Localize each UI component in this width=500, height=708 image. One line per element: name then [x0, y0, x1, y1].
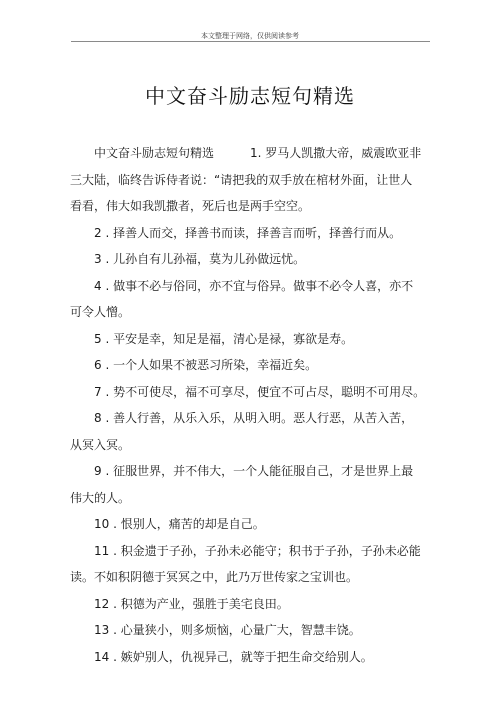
- text-line: 三大陆，临终告诉侍者说：“请把我的双手放在棺材外面，让世人: [70, 167, 400, 194]
- text-line: 可令人憎。: [70, 299, 400, 326]
- header-divider: [71, 41, 430, 42]
- text-line: 7 . 势不可使尽，福不可享尽，便宜不可占尽，聪明不可用尽。: [70, 379, 400, 406]
- text-line: 9 . 征服世界，并不伟大，一个人能征服自己，才是世界上最: [70, 458, 400, 485]
- text-line: 从冥入冥。: [70, 432, 400, 459]
- text-line: 14 . 嫉妒别人，仇视异己，就等于把生命交给别人。: [70, 644, 400, 671]
- text-line: 13 . 心量狭小，则多烦恼，心量广大，智慧丰饶。: [70, 617, 400, 644]
- page-header-note: 本文整理于网络，仅供阅读参考: [0, 31, 500, 41]
- text-line: 8 . 善人行善，从乐入乐，从明入明。恶人行恶，从苦入苦，: [70, 405, 400, 432]
- text-line: 12 . 积德为产业，强胜于美宅良田。: [70, 591, 400, 618]
- text-line: 看看，伟大如我凯撒者，死后也是两手空空。: [70, 193, 400, 220]
- text-line: 2 . 择善人而交，择善书而读，择善言而听，择善行而从。: [70, 220, 400, 247]
- document-title: 中文奋斗励志短句精选: [0, 80, 500, 109]
- text-line: 4 . 做事不必与俗同，亦不宜与俗异。做事不必令人喜，亦不: [70, 273, 400, 300]
- text-line: 5 . 平安是幸，知足是福，清心是禄，寡欲是寿。: [70, 326, 400, 353]
- text-line: 中文奋斗励志短句精选 1. 罗马人凯撒大帝，威震欧亚非: [70, 140, 400, 167]
- text-line: 读。不如积阴德于冥冥之中，此乃万世传家之宝训也。: [70, 564, 400, 591]
- text-line: 3 . 儿孙自有儿孙福，莫为儿孙做远忧。: [70, 246, 400, 273]
- text-line: 11 . 积金遗于子孙，子孙未必能守；积书于子孙，子孙未必能: [70, 538, 400, 565]
- text-line: 10 . 恨别人，痛苦的却是自己。: [70, 511, 400, 538]
- document-body: 中文奋斗励志短句精选 1. 罗马人凯撒大帝，威震欧亚非 三大陆，临终告诉侍者说：…: [70, 140, 400, 670]
- text-line: 6 . 一个人如果不被恶习所染，幸福近矣。: [70, 352, 400, 379]
- text-line: 伟大的人。: [70, 485, 400, 512]
